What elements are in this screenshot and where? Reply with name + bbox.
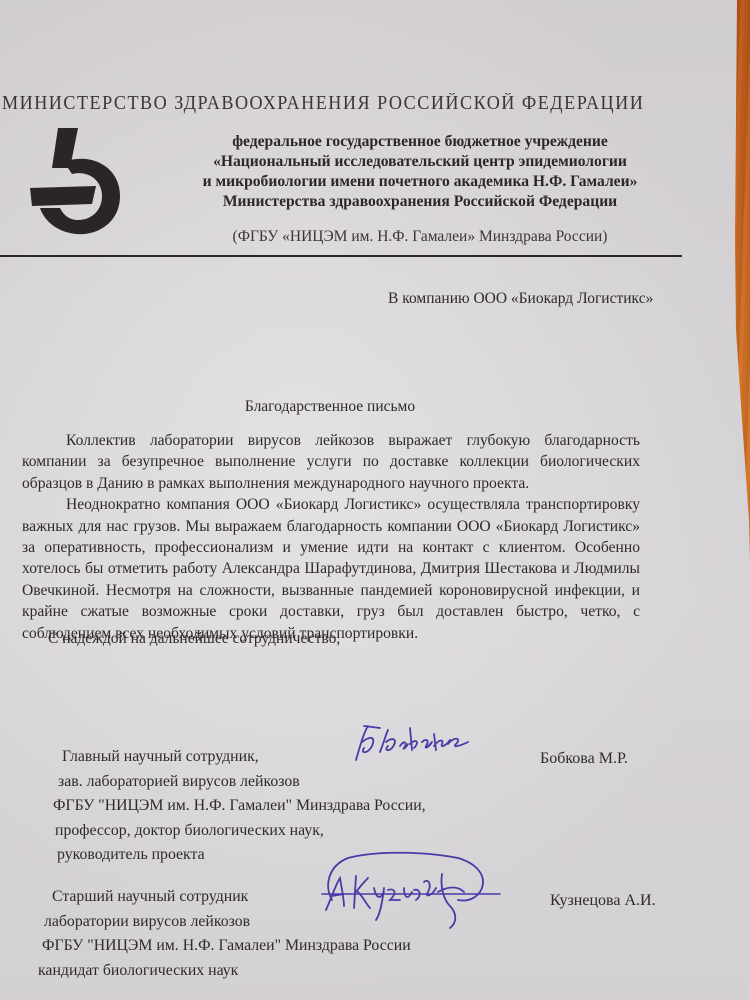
organization-line: федеральное государственное бюджетное уч… [180, 132, 660, 152]
organization-line: Министерства здравоохранения Российской … [180, 192, 660, 212]
microscope-b-logo-icon [30, 126, 122, 236]
signatory-title-line: зав. лабораторией вирусов лейкозов [38, 770, 426, 795]
signatory-1-name: Бобкова М.Р. [540, 750, 628, 768]
signatory-title-line: кандидат биологических наук [30, 959, 411, 984]
body-paragraph: Неоднократно компания ООО «Биокард Логис… [22, 494, 640, 644]
organization-line: и микробиологии имени почетного академик… [180, 172, 660, 192]
organization-line: «Национальный исследовательский центр эп… [180, 152, 660, 172]
handwritten-signature-icon [350, 722, 480, 766]
letter-title: Благодарственное письмо [0, 398, 660, 416]
body-paragraph: Коллектив лаборатории вирусов лейкозов в… [22, 430, 640, 494]
organization-name-block: федеральное государственное бюджетное уч… [180, 132, 660, 212]
letter-body: Коллектив лаборатории вирусов лейкозов в… [22, 430, 640, 644]
signatory-2-name: Кузнецова А.И. [550, 892, 656, 910]
closing-line: С надеждой на дальнейшее сотрудничество, [48, 630, 340, 648]
header-divider [0, 255, 682, 257]
addressee: В компанию ООО «Биокард Логистикс» [388, 290, 653, 308]
handwritten-signature-icon [318, 848, 503, 930]
signatory-title-line: профессор, доктор биологических наук, [38, 819, 426, 844]
signatory-title-line: ФГБУ "НИЦЭМ им. Н.Ф. Гамалеи" Минздрава … [30, 934, 411, 959]
letter-sheet: МИНИСТЕРСТВО ЗДРАВООХРАНЕНИЯ РОССИЙСКОЙ … [0, 0, 750, 1000]
organization-short-name: (ФГБУ «НИЦЭМ им. Н.Ф. Гамалеи» Минздрава… [180, 228, 660, 246]
ministry-heading: МИНИСТЕРСТВО ЗДРАВООХРАНЕНИЯ РОССИЙСКОЙ … [2, 93, 644, 115]
signatory-title-line: ФГБУ "НИЦЭМ им. Н.Ф. Гамалеи" Минздрава … [38, 794, 426, 819]
